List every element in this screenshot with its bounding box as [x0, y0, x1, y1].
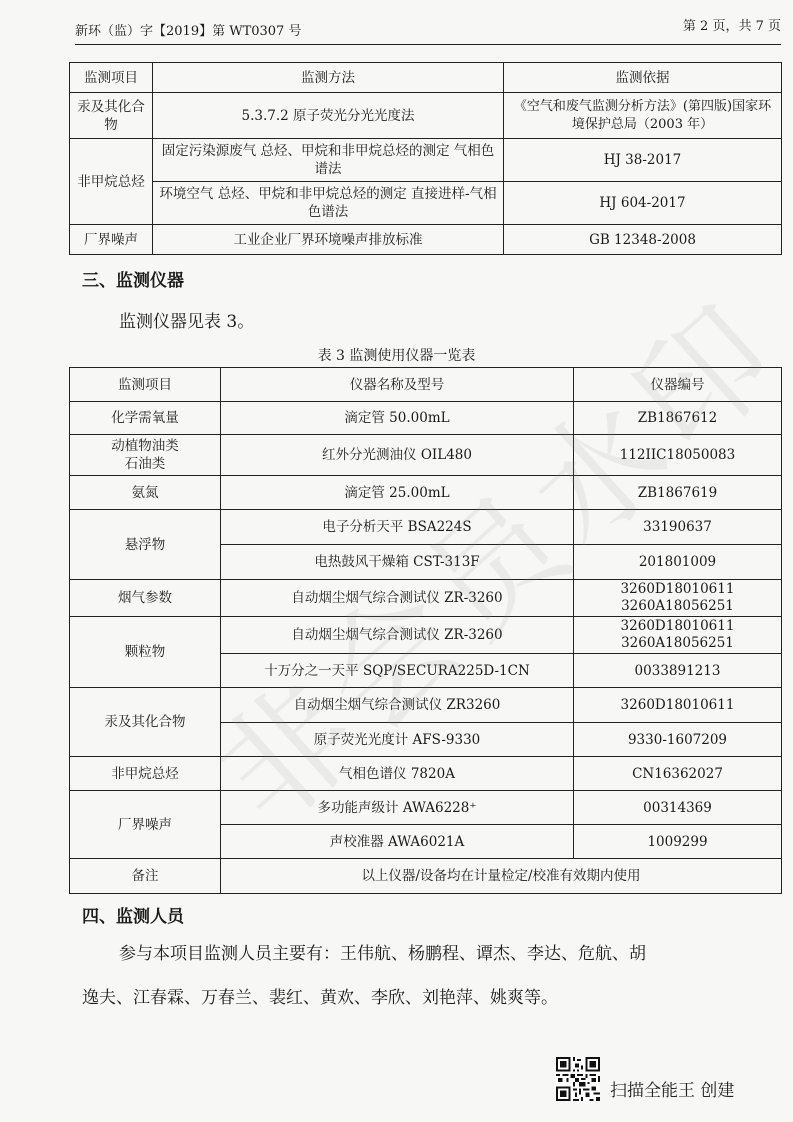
page-number: 第 2 页，共 7 页: [683, 15, 781, 34]
method-cell: 环境空气 总烃、甲烷和非甲烷总烃的测定 直接进样-气相色谱法: [153, 182, 504, 225]
table-row: 非甲烷总烃 气相色谱仪 7820A CN16362027: [70, 757, 782, 791]
remarks-label: 备注: [70, 859, 221, 894]
id-cell: 112IIC18050083: [574, 435, 782, 476]
basis-cell: 《空气和废气监测分析方法》(第四版)国家环境保护总局（2003 年）: [504, 93, 782, 139]
report-reference: 新环（监）字【2019】第 WT0307 号: [75, 20, 301, 39]
table-row: 烟气参数 自动烟尘烟气综合测试仪 ZR-3260 3260D18010611 3…: [70, 580, 782, 617]
item-cell: 厂界噪声: [70, 225, 153, 255]
page-header: 新环（监）字【2019】第 WT0307 号 第 2 页，共 7 页: [75, 8, 781, 45]
table-header-row: 监测项目 监测方法 监测依据: [70, 63, 782, 93]
table-row: 汞及其化合物 5.3.7.2 原子荧光分光光度法 《空气和废气监测分析方法》(第…: [70, 93, 782, 139]
instrument-cell: 电热鼓风干燥箱 CST-313F: [221, 545, 574, 580]
header-cell: 仪器编号: [574, 368, 782, 402]
personnel-line-1: 参与本项目监测人员主要有：王伟航、杨鹏程、谭杰、李达、危航、胡: [119, 939, 646, 964]
id-cell: 3260D18010611 3260A18056251: [574, 580, 782, 617]
basis-cell: HJ 38-2017: [504, 139, 782, 182]
remarks-text: 以上仪器/设备均在计量检定/校准有效期内使用: [221, 859, 782, 894]
section-heading-instruments: 三、监测仪器: [82, 266, 184, 291]
id-cell: 33190637: [574, 510, 782, 545]
instrument-cell: 自动烟尘烟气综合测试仪 ZR-3260: [221, 580, 574, 617]
scanner-label: 扫描全能王 创建: [610, 1076, 734, 1101]
instrument-cell: 原子荧光光度计 AFS-9330: [221, 723, 574, 757]
qr-code-icon: [556, 1057, 600, 1101]
item-cell: 颗粒物: [70, 617, 221, 688]
instrument-table: 监测项目 仪器名称及型号 仪器编号 化学需氧量 滴定管 50.00mL ZB18…: [69, 367, 782, 894]
method-table: 监测项目 监测方法 监测依据 汞及其化合物 5.3.7.2 原子荧光分光光度法 …: [69, 62, 782, 255]
header-cell: 监测依据: [504, 63, 782, 93]
item-cell: 化学需氧量: [70, 402, 221, 435]
id-cell: ZB1867619: [574, 476, 782, 510]
table-row: 悬浮物 电子分析天平 BSA224S 33190637: [70, 510, 782, 545]
id-cell: 201801009: [574, 545, 782, 580]
instruments-intro: 监测仪器见表 3。: [119, 307, 254, 332]
table-row: 汞及其化合物 自动烟尘烟气综合测试仪 ZR3260 3260D18010611: [70, 688, 782, 723]
section-heading-personnel: 四、监测人员: [82, 902, 184, 927]
item-cell: 悬浮物: [70, 510, 221, 580]
personnel-line-2: 逸夫、江春霖、万春兰、裴红、黄欢、李欣、刘艳萍、姚爽等。: [82, 983, 558, 1008]
table-row: 厂界噪声 工业企业厂界环境噪声排放标准 GB 12348-2008: [70, 225, 782, 255]
method-cell: 固定污染源废气 总烃、甲烷和非甲烷总烃的测定 气相色谱法: [153, 139, 504, 182]
instrument-cell: 十万分之一天平 SQP/SECURA225D-1CN: [221, 654, 574, 688]
scanner-footer: 扫描全能王 创建: [556, 1057, 734, 1101]
table-caption: 表 3 监测使用仪器一览表: [0, 345, 793, 365]
table-row: 环境空气 总烃、甲烷和非甲烷总烃的测定 直接进样-气相色谱法 HJ 604-20…: [70, 182, 782, 225]
table-row: 化学需氧量 滴定管 50.00mL ZB1867612: [70, 402, 782, 435]
instrument-cell: 声校准器 AWA6021A: [221, 825, 574, 859]
item-cell: 非甲烷总烃: [70, 139, 153, 225]
table-row: 非甲烷总烃 固定污染源废气 总烃、甲烷和非甲烷总烃的测定 气相色谱法 HJ 38…: [70, 139, 782, 182]
table-row: 颗粒物 自动烟尘烟气综合测试仪 ZR-3260 3260D18010611 32…: [70, 617, 782, 654]
instrument-cell: 红外分光测油仪 OIL480: [221, 435, 574, 476]
header-cell: 监测项目: [70, 63, 153, 93]
item-cell: 非甲烷总烃: [70, 757, 221, 791]
id-cell: 00314369: [574, 791, 782, 825]
item-cell: 厂界噪声: [70, 791, 221, 859]
item-cell: 烟气参数: [70, 580, 221, 617]
instrument-cell: 自动烟尘烟气综合测试仪 ZR3260: [221, 688, 574, 723]
id-cell: 9330-1607209: [574, 723, 782, 757]
id-cell: CN16362027: [574, 757, 782, 791]
basis-cell: GB 12348-2008: [504, 225, 782, 255]
header-cell: 仪器名称及型号: [221, 368, 574, 402]
table-row: 动植物油类 石油类 红外分光测油仪 OIL480 112IIC18050083: [70, 435, 782, 476]
header-cell: 监测项目: [70, 368, 221, 402]
instrument-cell: 多功能声级计 AWA6228⁺: [221, 791, 574, 825]
instrument-cell: 气相色谱仪 7820A: [221, 757, 574, 791]
table-row: 厂界噪声 多功能声级计 AWA6228⁺ 00314369: [70, 791, 782, 825]
item-cell: 动植物油类 石油类: [70, 435, 221, 476]
id-cell: ZB1867612: [574, 402, 782, 435]
item-cell: 汞及其化合物: [70, 688, 221, 757]
method-cell: 工业企业厂界环境噪声排放标准: [153, 225, 504, 255]
instrument-cell: 自动烟尘烟气综合测试仪 ZR-3260: [221, 617, 574, 654]
id-cell: 3260D18010611: [574, 688, 782, 723]
item-cell: 汞及其化合物: [70, 93, 153, 139]
id-cell: 1009299: [574, 825, 782, 859]
basis-cell: HJ 604-2017: [504, 182, 782, 225]
id-cell: 3260D18010611 3260A18056251: [574, 617, 782, 654]
instrument-cell: 滴定管 50.00mL: [221, 402, 574, 435]
id-cell: 0033891213: [574, 654, 782, 688]
table-row: 氨氮 滴定管 25.00mL ZB1867619: [70, 476, 782, 510]
instrument-cell: 滴定管 25.00mL: [221, 476, 574, 510]
remarks-row: 备注 以上仪器/设备均在计量检定/校准有效期内使用: [70, 859, 782, 894]
header-cell: 监测方法: [153, 63, 504, 93]
instrument-cell: 电子分析天平 BSA224S: [221, 510, 574, 545]
method-cell: 5.3.7.2 原子荧光分光光度法: [153, 93, 504, 139]
table-header-row: 监测项目 仪器名称及型号 仪器编号: [70, 368, 782, 402]
item-cell: 氨氮: [70, 476, 221, 510]
